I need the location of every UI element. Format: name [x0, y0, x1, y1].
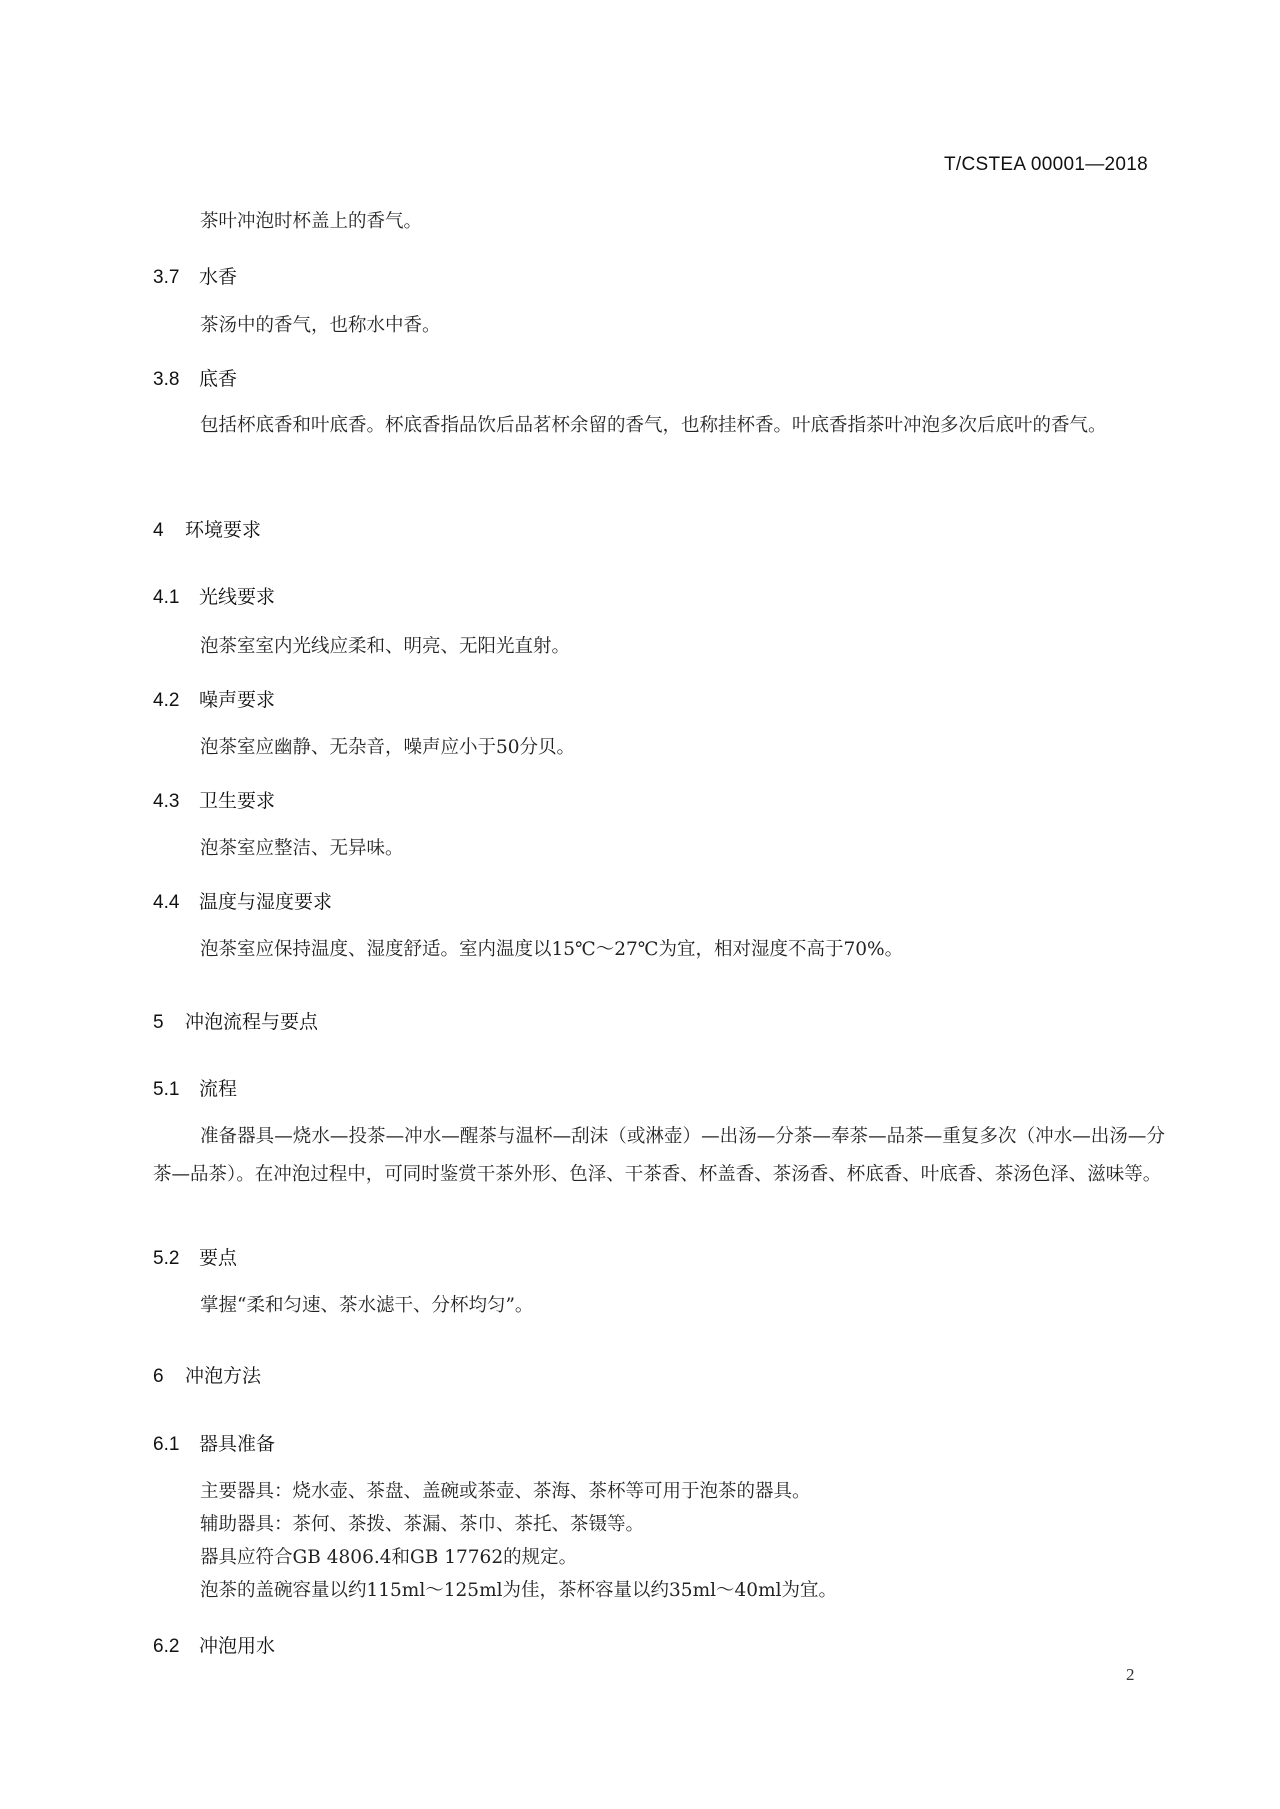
section-title: 冲泡流程与要点 [185, 1011, 318, 1033]
section-number: 4 [153, 520, 185, 542]
section-title: 要点 [199, 1247, 237, 1269]
section-heading-4-2: 4.2噪声要求 [153, 685, 275, 712]
section-title: 冲泡方法 [185, 1365, 261, 1387]
section-title: 温度与湿度要求 [199, 891, 332, 913]
section-number: 5 [153, 1012, 185, 1034]
paragraph-6-1-line-4: 泡茶的盖碗容量以约115ml～125ml为佳，茶杯容量以约35ml～40ml为宜… [200, 1572, 837, 1610]
section-number: 3.7 [153, 267, 199, 289]
section-heading-5-2: 5.2要点 [153, 1243, 237, 1270]
section-heading-6-1: 6.1器具准备 [153, 1429, 275, 1456]
paragraph-3-6-tail: 茶叶冲泡时杯盖上的香气。 [200, 203, 422, 241]
section-number: 6.2 [153, 1636, 199, 1658]
document-id-header: T/CSTEA 00001—2018 [944, 154, 1148, 176]
paragraph-4-2: 泡茶室应幽静、无杂音，噪声应小于50分贝。 [200, 729, 575, 767]
paragraph-3-8: 包括杯底香和叶底香。杯底香指品饮后品茗杯余留的香气，也称挂杯香。叶底香指茶叶冲泡… [153, 407, 1165, 445]
section-number: 4.1 [153, 587, 199, 609]
paragraph-4-3: 泡茶室应整洁、无异味。 [200, 830, 404, 868]
section-title: 噪声要求 [199, 689, 275, 711]
section-heading-5-1: 5.1流程 [153, 1074, 237, 1101]
paragraph-3-7: 茶汤中的香气，也称水中香。 [200, 307, 441, 345]
section-heading-3-8: 3.8底香 [153, 364, 237, 391]
paragraph-5-1: 准备器具—烧水—投茶—冲水—醒茶与温杯—刮沫（或淋壶）—出汤—分茶—奉茶—品茶—… [153, 1118, 1165, 1194]
section-heading-4: 4环境要求 [153, 515, 261, 542]
section-number: 5.1 [153, 1079, 199, 1101]
page-number: 2 [1126, 1665, 1135, 1685]
section-title: 水香 [199, 266, 237, 288]
section-title: 光线要求 [199, 586, 275, 608]
section-title: 器具准备 [199, 1433, 275, 1455]
section-number: 4.3 [153, 791, 199, 813]
section-heading-4-1: 4.1光线要求 [153, 582, 275, 609]
paragraph-4-4: 泡茶室应保持温度、湿度舒适。室内温度以15℃～27℃为宜，相对湿度不高于70%。 [200, 931, 903, 969]
section-number: 4.2 [153, 690, 199, 712]
section-title: 底香 [199, 368, 237, 390]
paragraph-5-2: 掌握“柔和匀速、茶水滤干、分杯均匀”。 [200, 1287, 533, 1325]
section-heading-4-3: 4.3卫生要求 [153, 786, 275, 813]
section-number: 3.8 [153, 369, 199, 391]
section-number: 5.2 [153, 1248, 199, 1270]
section-heading-4-4: 4.4温度与湿度要求 [153, 887, 332, 914]
paragraph-4-1: 泡茶室室内光线应柔和、明亮、无阳光直射。 [200, 628, 570, 666]
section-title: 流程 [199, 1078, 237, 1100]
section-number: 6 [153, 1366, 185, 1388]
section-title: 环境要求 [185, 519, 261, 541]
section-heading-6-2: 6.2冲泡用水 [153, 1631, 275, 1658]
section-number: 6.1 [153, 1434, 199, 1456]
section-number: 4.4 [153, 892, 199, 914]
section-title: 卫生要求 [199, 790, 275, 812]
section-heading-5: 5冲泡流程与要点 [153, 1007, 318, 1034]
section-heading-3-7: 3.7水香 [153, 262, 237, 289]
section-title: 冲泡用水 [199, 1635, 275, 1657]
section-heading-6: 6冲泡方法 [153, 1361, 261, 1388]
